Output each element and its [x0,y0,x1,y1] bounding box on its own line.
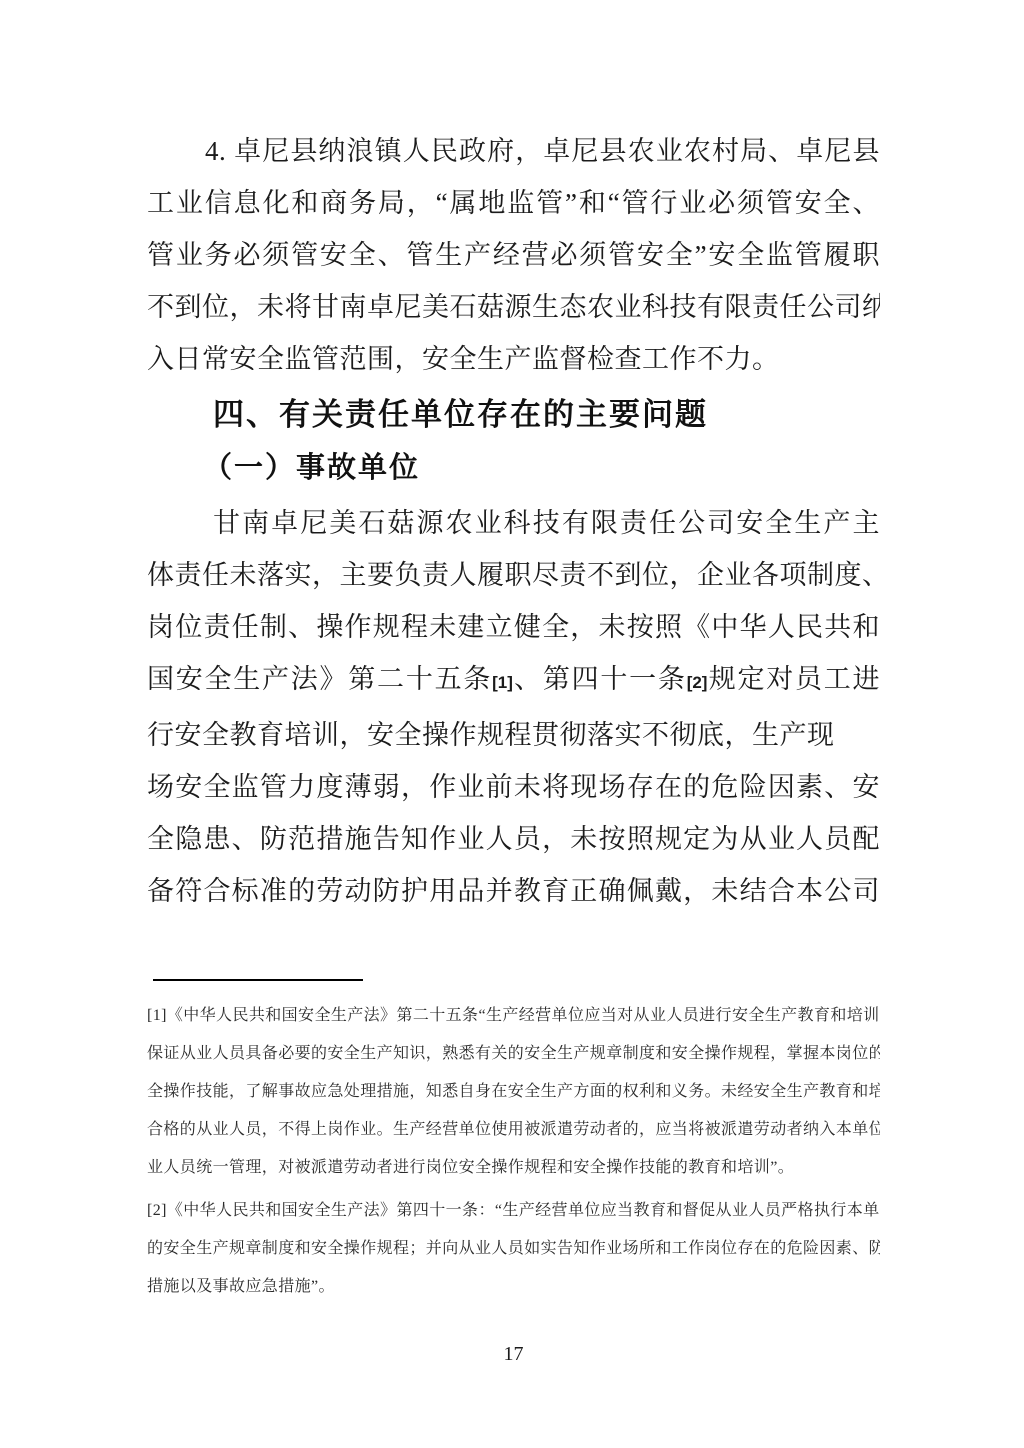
text-line: 国安全生产法》第二十五条[1]、第四十一条[2]规定对员工进 [147,653,880,709]
footnote-separator [153,979,363,981]
text-line: [1]《中华人民共和国安全生产法》第二十五条“生产经营单位应当对从业人员进行安全… [147,997,880,1035]
text-line: 合格的从业人员，不得上岗作业。生产经营单位使用被派遣劳动者的，应当将被派遣劳动者… [147,1111,880,1149]
text-line: 业人员统一管理，对被派遣劳动者进行岗位安全操作规程和安全操作技能的教育和培训”。 [147,1149,880,1187]
text-line: 入日常安全监管范围，安全生产监督检查工作不力。 [147,333,880,385]
text-line: 4. 卓尼县纳浪镇人民政府，卓尼县农业农村局、卓尼县 [147,125,880,177]
footnote-ref: [2] [687,673,708,692]
text-line: 的安全生产规章制度和安全操作规程；并向从业人员如实告知作业场所和工作岗位存在的危… [147,1230,880,1268]
footnote-2: [2]《中华人民共和国安全生产法》第四十一条：“生产经营单位应当教育和督促从业人… [147,1192,880,1306]
document-page: 4. 卓尼县纳浪镇人民政府，卓尼县农业农村局、卓尼县工业信息化和商务局，“属地监… [0,0,1024,1448]
subsection-heading: （一）事故单位 [147,442,880,494]
text-segment: 国安全生产法》第二十五条 [147,664,492,694]
text-line: 岗位责任制、操作规程未建立健全，未按照《中华人民共和 [147,601,880,653]
page-content: 4. 卓尼县纳浪镇人民政府，卓尼县农业农村局、卓尼县工业信息化和商务局，“属地监… [147,0,880,1366]
text-line: 措施以及事故应急措施”。 [147,1268,880,1306]
page-number: 17 [147,1342,880,1366]
text-line: [2]《中华人民共和国安全生产法》第四十一条：“生产经营单位应当教育和督促从业人… [147,1192,880,1230]
text-segment: 规定对员工进 [707,664,880,694]
text-line: 全操作技能，了解事故应急处理措施，知悉自身在安全生产方面的权利和义务。未经安全生… [147,1073,880,1111]
text-segment: 、第四十一条 [513,664,687,694]
text-line: 甘南卓尼美石菇源农业科技有限责任公司安全生产主 [147,497,880,549]
text-line: 行安全教育培训，安全操作规程贯彻落实不彻底，生产现 [147,709,880,761]
text-line: 全隐患、防范措施告知作业人员，未按照规定为从业人员配 [147,813,880,865]
text-line: 场安全监管力度薄弱，作业前未将现场存在的危险因素、安 [147,761,880,813]
text-line: 不到位，未将甘南卓尼美石菇源生态农业科技有限责任公司纳 [147,281,880,333]
footnote-1: [1]《中华人民共和国安全生产法》第二十五条“生产经营单位应当对从业人员进行安全… [147,997,880,1187]
text-line: 备符合标准的劳动防护用品并教育正确佩戴，未结合本公司 [147,865,880,917]
footnote-ref: [1] [492,673,513,692]
text-line: 管业务必须管安全、管生产经营必须管安全”安全监管履职 [147,229,880,281]
text-line: 保证从业人员具备必要的安全生产知识，熟悉有关的安全生产规章制度和安全操作规程，掌… [147,1035,880,1073]
section-heading: 四、有关责任单位存在的主要问题 [147,389,880,441]
paragraph-intro: 4. 卓尼县纳浪镇人民政府，卓尼县农业农村局、卓尼县工业信息化和商务局，“属地监… [147,125,880,385]
text-line: 工业信息化和商务局，“属地监管”和“管行业必须管安全、 [147,177,880,229]
paragraph-body: 甘南卓尼美石菇源农业科技有限责任公司安全生产主体责任未落实，主要负责人履职尽责不… [147,497,880,917]
text-line: 体责任未落实，主要负责人履职尽责不到位，企业各项制度、 [147,549,880,601]
